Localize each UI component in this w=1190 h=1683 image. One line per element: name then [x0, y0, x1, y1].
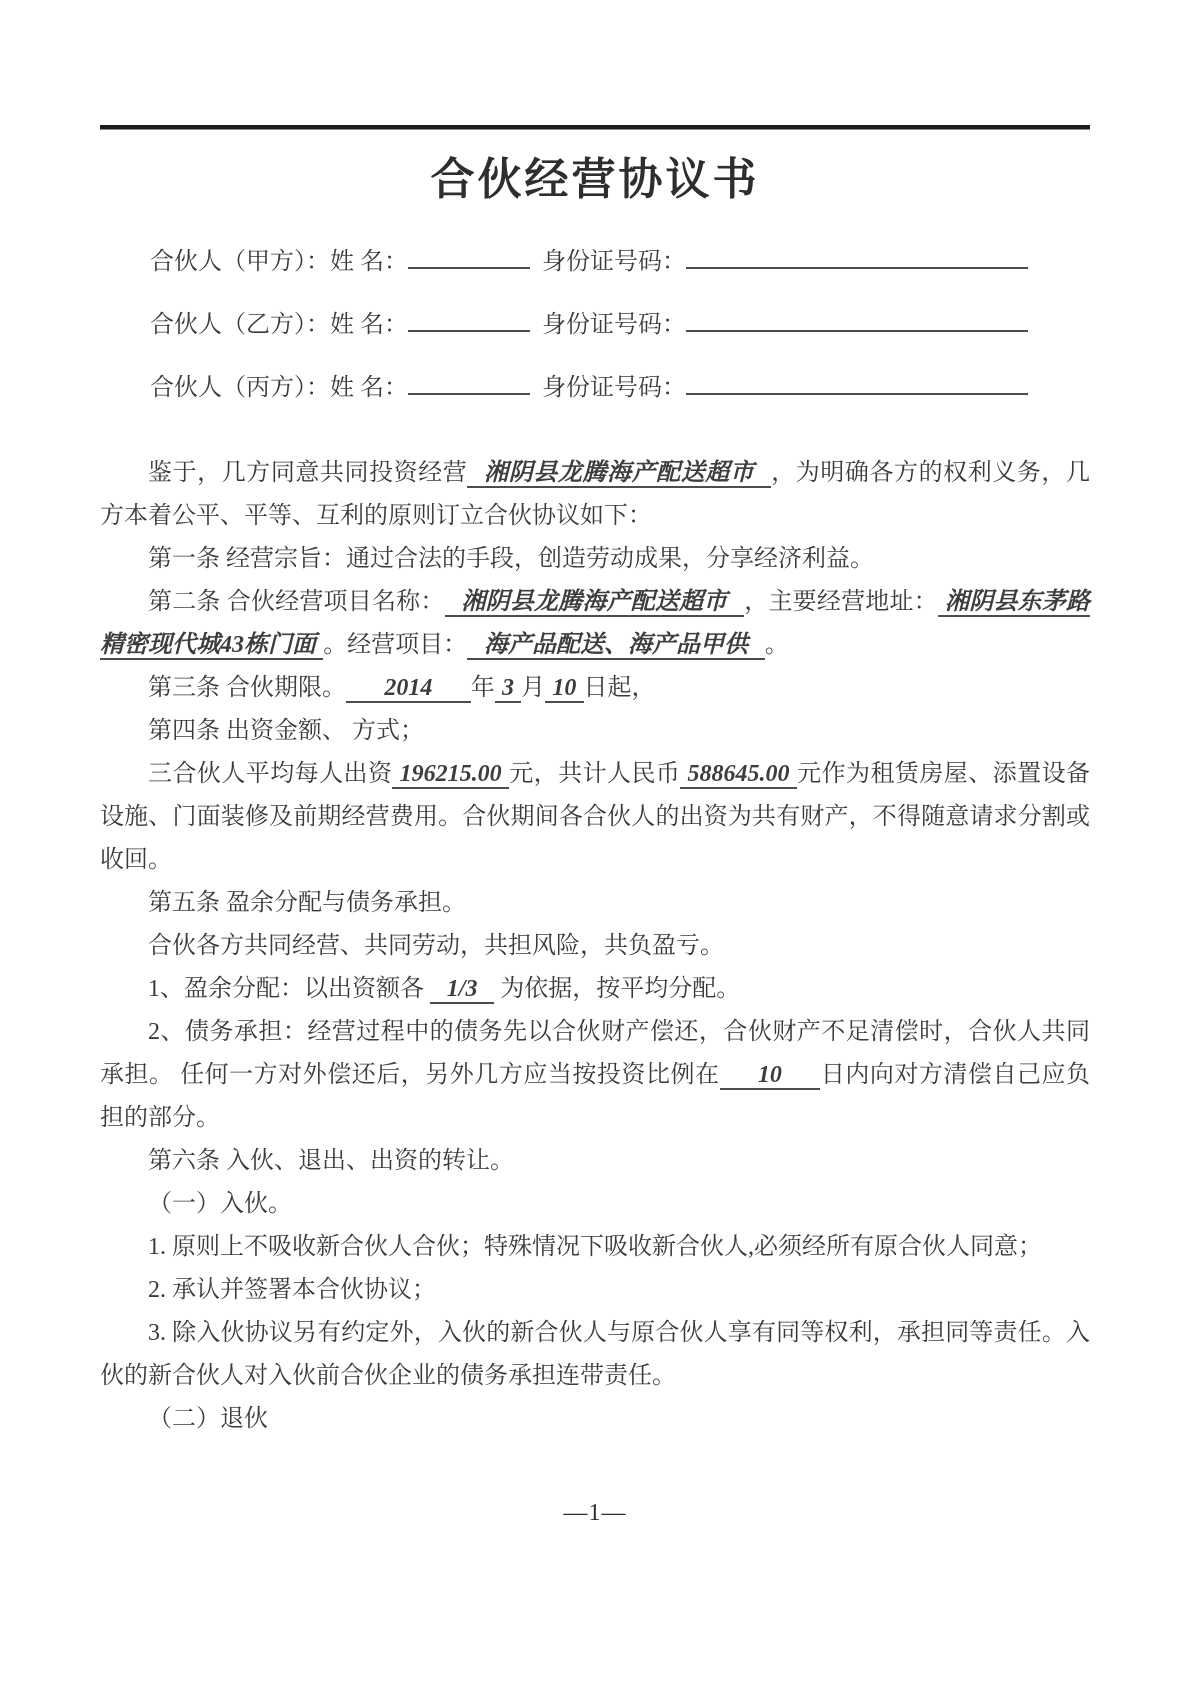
paragraph: 第四条 出资金额、 方式； — [100, 710, 1090, 753]
partner-party-label: 合伙人（乙方）： — [150, 312, 330, 338]
partner-id-label: 身份证号码： — [542, 375, 686, 401]
paragraph: 1、盈余分配：以出资额各 1/3 为依据，按平均分配。 — [100, 968, 1090, 1011]
header-rule — [100, 125, 1090, 130]
paragraph: 第一条 经营宗旨：通过合法的手段，创造劳动成果，分享经济利益。 — [100, 538, 1090, 581]
partner-name-label: 姓 名： — [330, 312, 408, 338]
paragraph: 第五条 盈余分配与债务承担。 — [100, 882, 1090, 925]
fill-in-value: 10 — [720, 1062, 821, 1090]
fill-in-value: 588645.00 — [680, 761, 796, 789]
document-content: 合伙经营协议书 合伙人（甲方）：姓 名：身份证号码：合伙人（乙方）：姓 名：身份… — [0, 0, 1190, 1441]
fill-in-value: 1/3 — [430, 976, 494, 1004]
partner-id-blank-line — [686, 369, 1028, 395]
partner-name-label: 姓 名： — [330, 249, 408, 275]
partner-name-blank-line — [408, 243, 530, 269]
body-paragraphs: 鉴于，几方同意共同投资经营湘阴县龙腾海产配送超市，为明确各方的权利义务，几方本着… — [100, 452, 1090, 1441]
paragraph: 合伙各方共同经营、共同劳动，共担风险，共负盈亏。 — [100, 925, 1090, 968]
document-page: 合伙经营协议书 合伙人（甲方）：姓 名：身份证号码：合伙人（乙方）：姓 名：身份… — [0, 0, 1190, 1683]
page-number: —1— — [0, 1500, 1190, 1527]
partner-party-label: 合伙人（丙方）： — [150, 375, 330, 401]
fill-in-value: 3 — [495, 675, 521, 703]
paragraph: 3. 除入伙协议另有约定外，入伙的新合伙人与原合伙人享有同等权利，承担同等责任。… — [100, 1312, 1090, 1398]
paragraph: 2、债务承担：经营过程中的债务先以合伙财产偿还，合伙财产不足清偿时，合伙人共同承… — [100, 1011, 1090, 1140]
partner-name-blank-line — [408, 369, 530, 395]
partner-row: 合伙人（乙方）：姓 名：身份证号码： — [150, 306, 1090, 369]
partner-id-blank-line — [686, 306, 1028, 332]
partner-id-label: 身份证号码： — [542, 312, 686, 338]
fill-in-value: 海产品配送、海产品甲供 — [467, 632, 765, 660]
partner-id-label: 身份证号码： — [542, 249, 686, 275]
paragraph: 第三条 合伙期限。2014年3月10日起， — [100, 667, 1090, 710]
paragraph: 2. 承认并签署本合伙协议； — [100, 1269, 1090, 1312]
partner-party-label: 合伙人（甲方）： — [150, 249, 330, 275]
partner-id-blank-line — [686, 243, 1028, 269]
fill-in-value: 2014 — [346, 675, 471, 703]
page-title: 合伙经营协议书 — [100, 157, 1090, 203]
partner-row: 合伙人（甲方）：姓 名：身份证号码： — [150, 243, 1090, 306]
partner-rows: 合伙人（甲方）：姓 名：身份证号码：合伙人（乙方）：姓 名：身份证号码：合伙人（… — [100, 243, 1090, 432]
paragraph: 鉴于，几方同意共同投资经营湘阴县龙腾海产配送超市，为明确各方的权利义务，几方本着… — [100, 452, 1090, 538]
partner-name-label: 姓 名： — [330, 375, 408, 401]
paragraph: 1. 原则上不吸收新合伙人合伙；特殊情况下吸收新合伙人,必须经所有原合伙人同意； — [100, 1226, 1090, 1269]
paragraph: （一）入伙。 — [100, 1183, 1090, 1226]
partner-row: 合伙人（丙方）：姓 名：身份证号码： — [150, 369, 1090, 432]
paragraph: 三合伙人平均每人出资196215.00元，共计人民币588645.00元作为租赁… — [100, 753, 1090, 882]
fill-in-value: 196215.00 — [392, 761, 508, 789]
paragraph: （二）退伙 — [100, 1398, 1090, 1441]
paragraph: 第二条 合伙经营项目名称：湘阴县龙腾海产配送超市，主要经营地址：湘阴县东茅路精密… — [100, 581, 1090, 667]
fill-in-value: 湘阴县龙腾海产配送超市 — [445, 589, 745, 617]
paragraph: 第六条 入伙、退出、出资的转让。 — [100, 1140, 1090, 1183]
fill-in-value: 10 — [545, 675, 583, 703]
partner-name-blank-line — [408, 306, 530, 332]
fill-in-value: 湘阴县龙腾海产配送超市 — [467, 460, 771, 488]
